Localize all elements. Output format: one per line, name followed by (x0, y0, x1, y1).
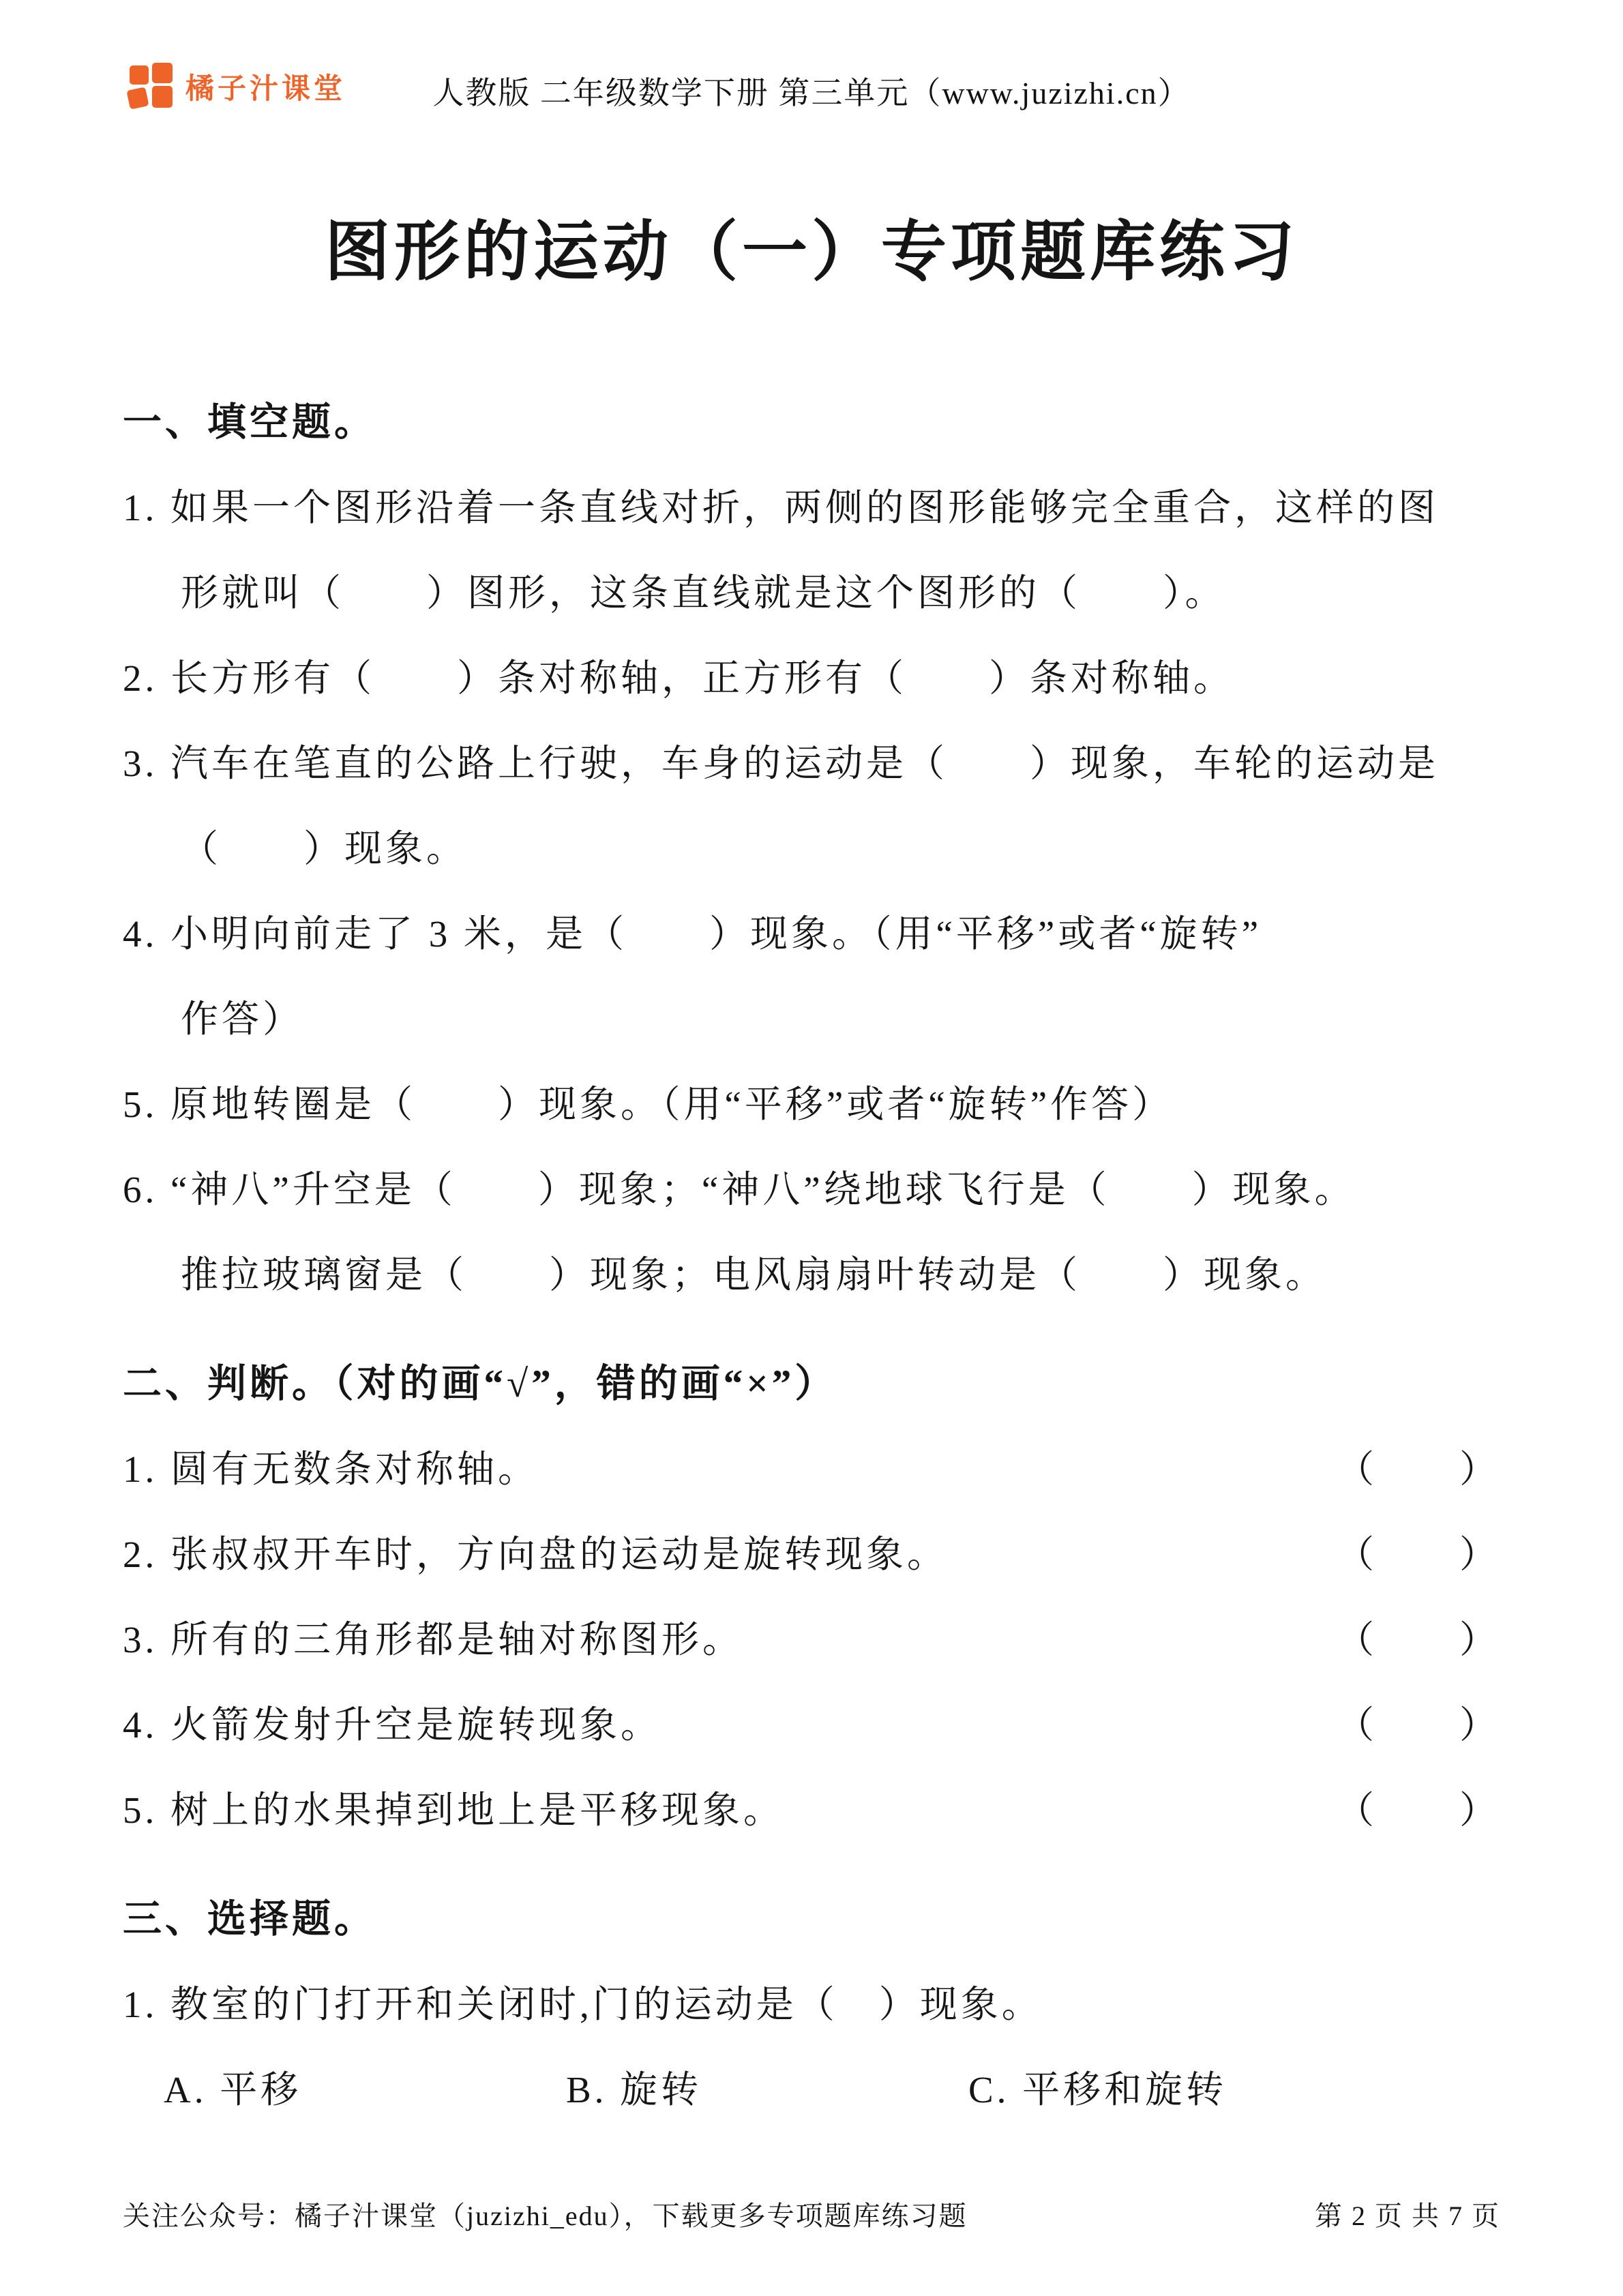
four-squares-logo-icon (130, 63, 175, 110)
answer-slot: （ ） (1337, 1597, 1500, 1682)
question-line: 4. 小明向前走了 3 米，是（ ）现象。（用“平移”或者“旋转” (123, 891, 1500, 976)
option: C. 平移和旋转 (968, 2047, 1227, 2132)
answer-slot: （ ） (1337, 1512, 1500, 1597)
question-line: 推拉玻璃窗是（ ）现象；电风扇扇叶转动是（ ）现象。 (123, 1232, 1500, 1317)
section-3: 三、选择题。1. 教室的门打开和关闭时,门的运动是（ ）现象。A. 平移B. 旋… (123, 1877, 1500, 2132)
question-line: 3. 汽车在笔直的公路上行驶，车身的运动是（ ）现象，车轮的运动是 (123, 721, 1500, 806)
question-line: （ ）现象。 (123, 806, 1500, 891)
question-line: 作答） (123, 976, 1500, 1062)
question-line: 6. “神八”升空是（ ）现象；“神八”绕地球飞行是（ ）现象。 (123, 1147, 1500, 1232)
question-line: 2. 长方形有（ ）条对称轴，正方形有（ ）条对称轴。 (123, 636, 1500, 721)
section-heading: 一、填空题。 (123, 380, 1500, 465)
option: A. 平移 (164, 2047, 566, 2132)
worksheet-page: 橘子汁课堂 人教版 二年级数学下册 第三单元（www.juzizhi.cn） 图… (0, 0, 1623, 2296)
brand: 橘子汁课堂 (130, 63, 346, 110)
brand-name: 橘子汁课堂 (185, 66, 346, 107)
page-header: 橘子汁课堂 人教版 二年级数学下册 第三单元（www.juzizhi.cn） (123, 0, 1500, 109)
page-footer: 关注公众号：橘子汁课堂（juzizhi_edu），下载更多专项题库练习题 第 2… (123, 2194, 1500, 2233)
worksheet-body: 一、填空题。1. 如果一个图形沿着一条直线对折，两侧的图形能够完全重合，这样的图… (123, 380, 1500, 2132)
question-line: 3. 所有的三角形都是轴对称图形。（ ） (123, 1597, 1500, 1682)
page-number: 第 2 页 共 7 页 (1315, 2194, 1500, 2233)
question-line: 5. 树上的水果掉到地上是平移现象。（ ） (123, 1768, 1500, 1853)
question-text: 1. 圆有无数条对称轴。 (123, 1427, 539, 1512)
question-line: 1. 圆有无数条对称轴。（ ） (123, 1427, 1500, 1512)
question-text: 3. 所有的三角形都是轴对称图形。 (123, 1597, 743, 1682)
answer-slot: （ ） (1337, 1427, 1500, 1512)
header-doc-info: 人教版 二年级数学下册 第三单元（www.juzizhi.cn） (432, 68, 1190, 113)
question-line: 形就叫（ ）图形，这条直线就是这个图形的（ ）。 (123, 550, 1500, 636)
section-2: 二、判断。（对的画“√”，错的画“×”）1. 圆有无数条对称轴。（ ）2. 张叔… (123, 1341, 1500, 1853)
page-title: 图形的运动（一）专项题库练习 (123, 208, 1500, 297)
answer-slot: （ ） (1337, 1768, 1500, 1853)
footer-note: 关注公众号：橘子汁课堂（juzizhi_edu），下载更多专项题库练习题 (123, 2194, 968, 2233)
question-text: 5. 树上的水果掉到地上是平移现象。 (123, 1768, 784, 1853)
section-heading: 二、判断。（对的画“√”，错的画“×”） (123, 1341, 1500, 1427)
answer-slot: （ ） (1337, 1682, 1500, 1768)
question-line: 5. 原地转圈是（ ）现象。（用“平移”或者“旋转”作答） (123, 1062, 1500, 1147)
options-row: A. 平移B. 旋转C. 平移和旋转 (123, 2047, 1500, 2132)
question-line: 4. 火箭发射升空是旋转现象。（ ） (123, 1682, 1500, 1768)
section-heading: 三、选择题。 (123, 1877, 1500, 1962)
option: B. 旋转 (566, 2047, 968, 2132)
question-line: 1. 如果一个图形沿着一条直线对折，两侧的图形能够完全重合，这样的图 (123, 465, 1500, 550)
question-text: 4. 火箭发射升空是旋转现象。 (123, 1682, 661, 1768)
question-line: 1. 教室的门打开和关闭时,门的运动是（ ）现象。 (123, 1962, 1500, 2047)
question-line: 2. 张叔叔开车时，方向盘的运动是旋转现象。（ ） (123, 1512, 1500, 1597)
section-1: 一、填空题。1. 如果一个图形沿着一条直线对折，两侧的图形能够完全重合，这样的图… (123, 380, 1500, 1317)
question-text: 2. 张叔叔开车时，方向盘的运动是旋转现象。 (123, 1512, 948, 1597)
